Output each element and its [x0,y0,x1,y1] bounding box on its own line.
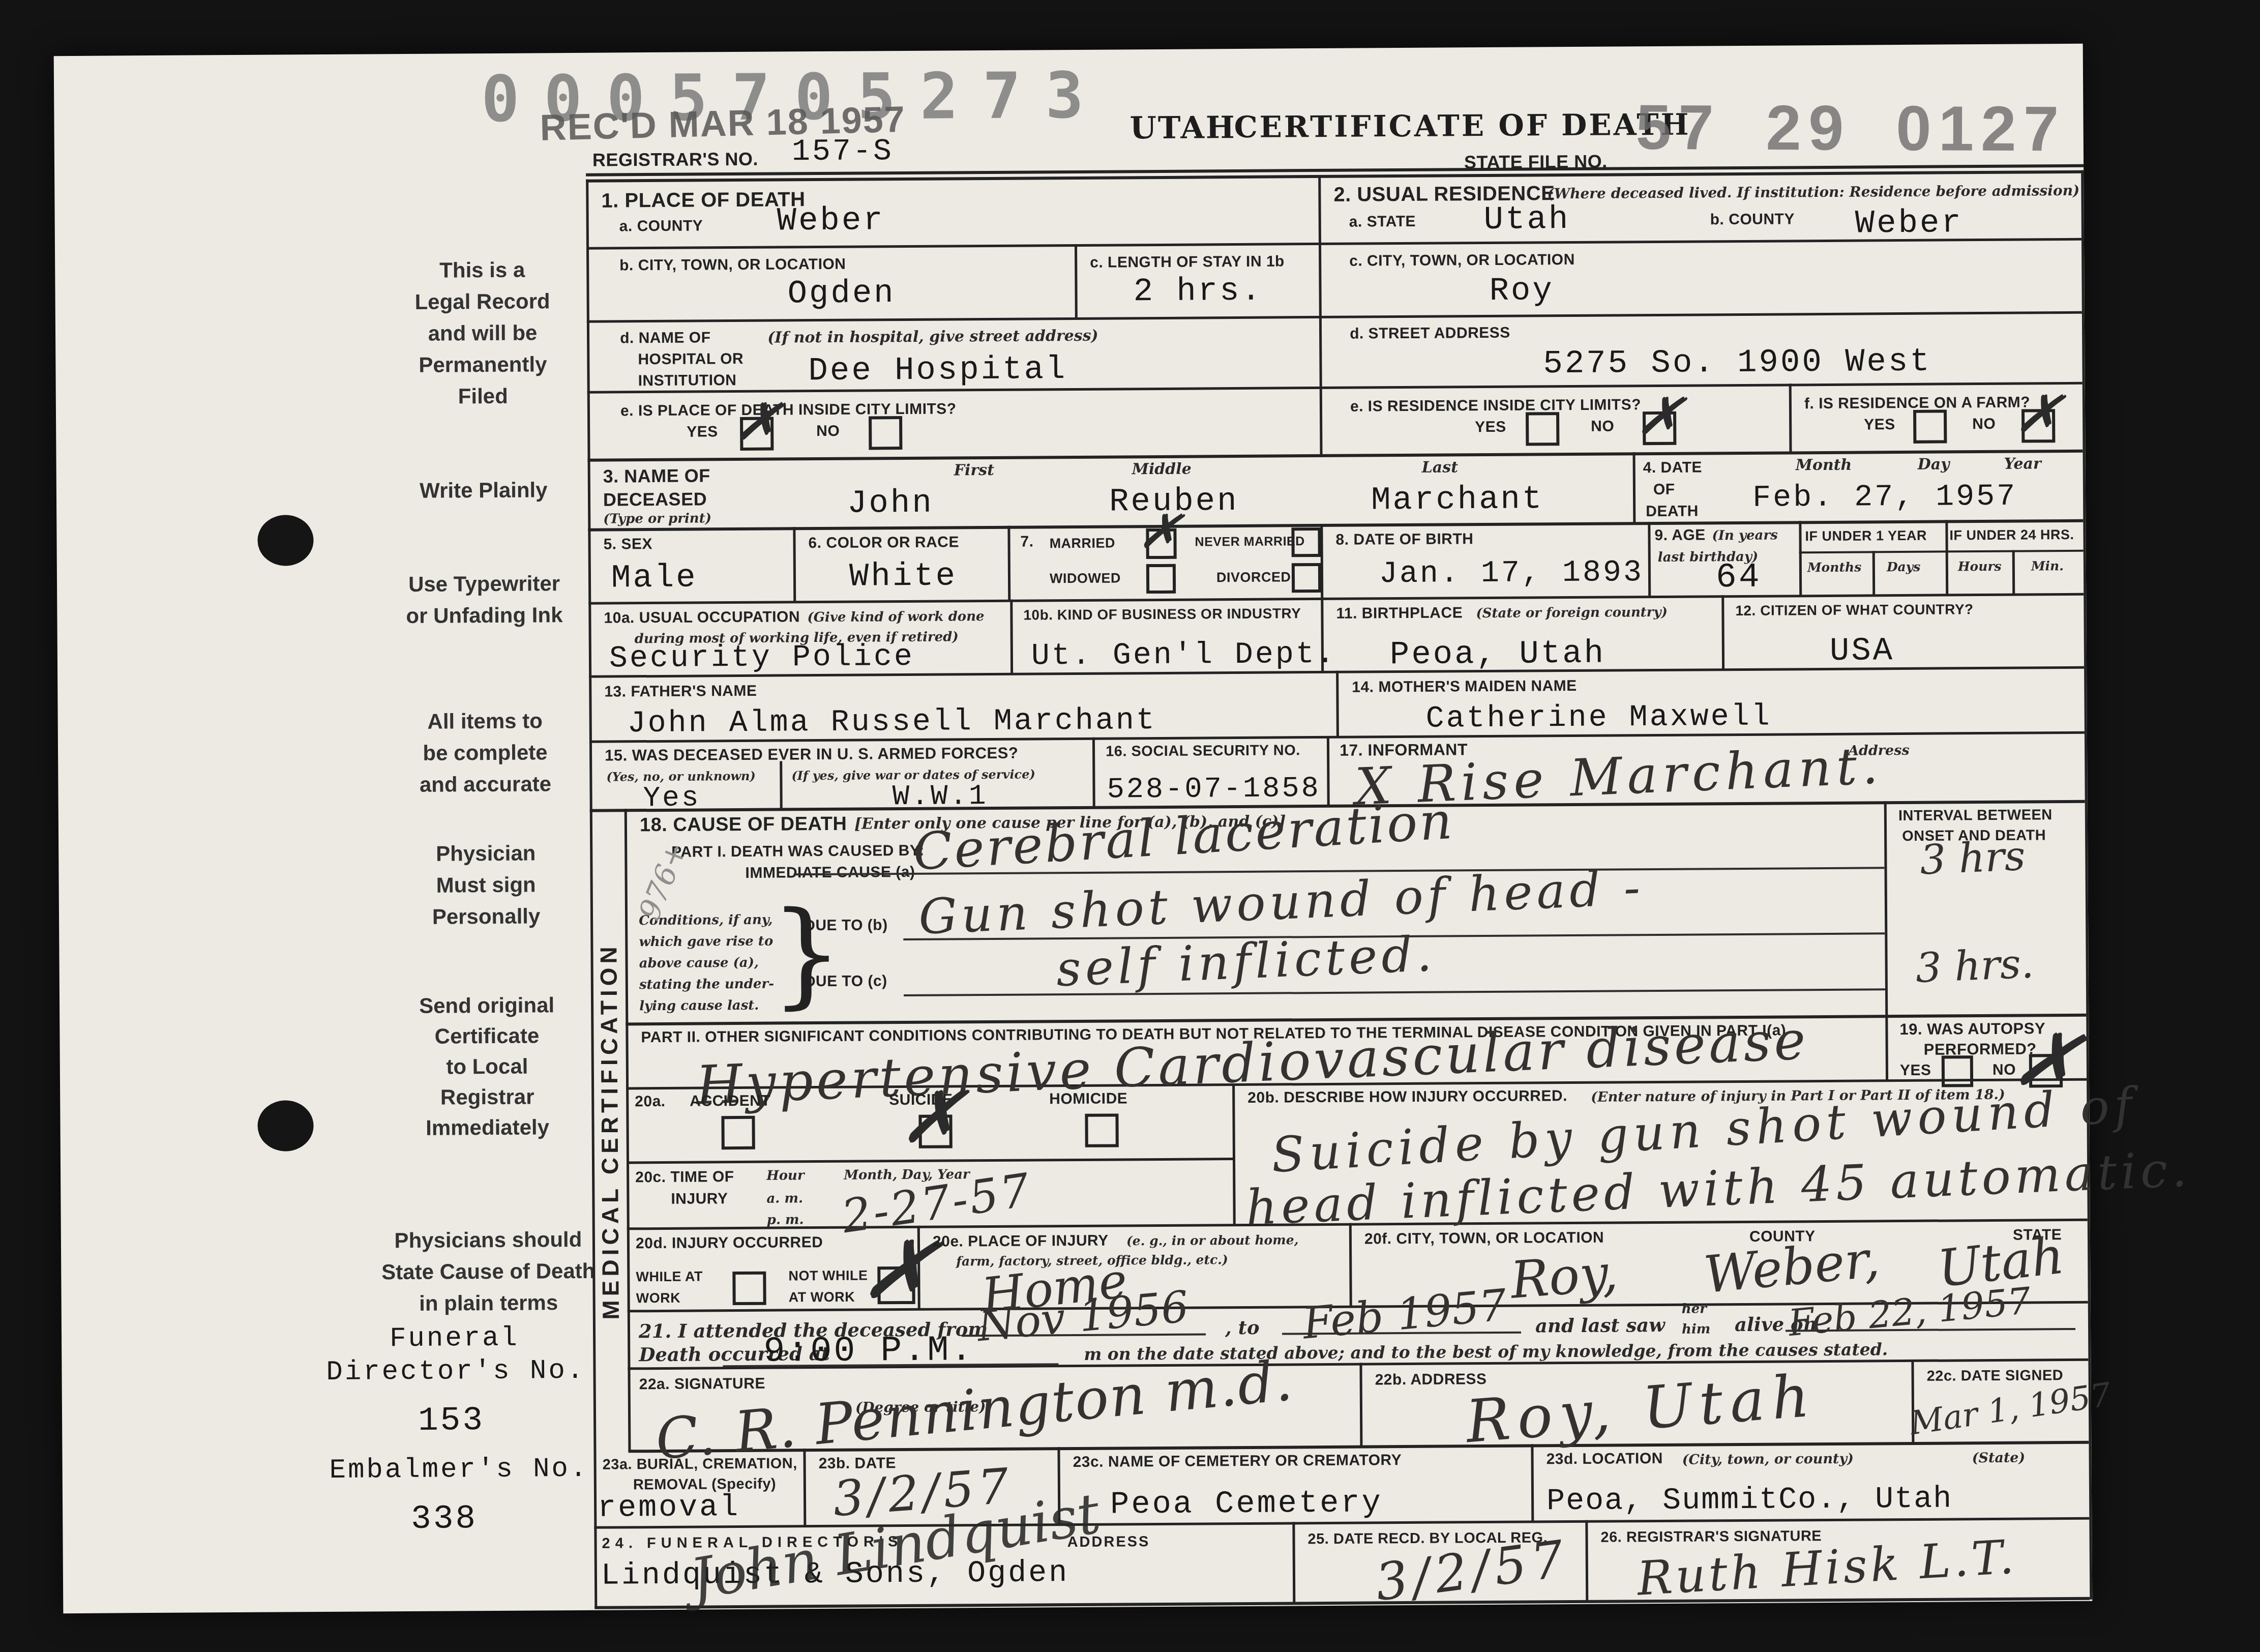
rule [1327,736,1330,806]
scanned-death-certificate: This is a Legal Record and will be Perma… [0,0,2260,1652]
rule [588,450,2083,462]
age-hint-1: (In years [1712,528,1777,544]
check-x-mark: ✗ [1634,386,1686,447]
physician-address-value: Roy, Utah [1464,1367,1819,1452]
margin-line: to Local [355,1050,619,1082]
county-of-death-label: a. COUNTY [619,217,703,235]
yes-label: YES [687,423,718,441]
margin-line: Immediately [355,1111,619,1143]
rule [1075,244,1078,319]
rule [594,1597,2090,1609]
due-to-c-label: DUE TO (c) [805,972,887,990]
rule [626,1014,2086,1026]
death-city-limits-no-checkbox [869,416,902,450]
length-of-stay-value: 2 hrs. [1133,275,1263,309]
business-industry-label: 10b. KIND OF BUSINESS OR INDUSTRY [1023,605,1301,624]
margin-line: Physicians should [346,1223,631,1256]
injury-county-value: Weber, [1702,1233,1881,1301]
widowed-label: WIDOWED [1050,570,1121,586]
margin-line: State Cause of Death [346,1255,631,1288]
accident-label: ACCIDENT [690,1093,770,1110]
margin-line: and will be [350,316,615,349]
certificate-title: CERTIFICATE OF DEATH [1234,107,1690,144]
accident-checkbox [721,1116,755,1149]
rule [1884,801,1888,1081]
days-label: Days [1887,559,1921,575]
rule [2012,550,2015,595]
armed-forces-label: 15. WAS DECEASED EVER IN U. S. ARMED FOR… [605,744,1018,765]
mothers-maiden-name-label: 14. MOTHER'S MAIDEN NAME [1352,677,1577,696]
interval-c-value: 3 hrs. [1915,943,2035,988]
margin-line: Certificate [354,1020,619,1052]
last-name-value: Marchant [1371,483,1544,517]
rule [1359,1363,1362,1447]
street-address-label: d. STREET ADDRESS [1350,324,1510,343]
margin-note-write-plainly: Write Plainly [351,474,616,507]
cemetery-label: 23c. NAME OF CEMETERY OR CREMATORY [1073,1452,1402,1471]
embalmers-no-label: Embalmer's No. [330,1456,589,1485]
conditions-line: lying cause last. [639,998,759,1015]
cause-of-death-title: 18. CAUSE OF DEATH [640,813,847,837]
physician-address-label: 22b. ADDRESS [1375,1371,1487,1389]
injury-city-label: 20f. CITY, TOWN, OR LOCATION [1364,1229,1604,1248]
residence-farm-yes-checkbox [1913,409,1947,443]
rule [793,527,796,602]
check-x-mark: ✗ [856,1221,942,1319]
sex-label: 5. SEX [603,536,652,553]
rule [1092,737,1095,808]
attended-statement-3: and last saw [1535,1314,1665,1337]
age-value: 64 [1716,560,1762,596]
rule [1872,551,1876,596]
months-label: Months [1807,560,1862,576]
margin-line: All items to [353,704,617,737]
conditions-brace: } [770,897,844,1012]
residence-city-value: Roy [1489,275,1554,308]
birthplace-label: 11. BIRTHPLACE [1336,604,1463,623]
hour-label: Hour [766,1168,805,1184]
margin-line: This is a [350,253,614,286]
yes-label: YES [1475,419,1506,436]
margin-line: Use Typewriter [352,567,616,600]
first-name-label: First [954,461,994,480]
year-label: Year [2004,455,2041,473]
usual-occupation-label: 10a. USUAL OCCUPATION [604,608,800,627]
margin-line: Permanently [350,348,615,381]
marital-status-number: 7. [1020,533,1033,551]
embalmers-no-value: 338 [411,1502,478,1536]
physician-signature-label: 22a. SIGNATURE [639,1375,765,1394]
death-inside-city-limits-label: e. IS PLACE OF DEATH INSIDE CITY LIMITS? [620,400,957,420]
margin-line: Personally [354,900,618,933]
date-signed-value: Mar 1, 1957 [1908,1378,2113,1440]
hospital-hint: (If not in hospital, give street address… [767,327,1098,347]
date-of-death-label-3: DEATH [1646,503,1699,520]
punch-hole [257,1100,314,1152]
attended-statement-2: , to [1225,1316,1260,1339]
check-x-mark: ✗ [1137,504,1184,559]
hospital-label-1: d. NAME OF [620,329,711,347]
rule [1010,600,1013,674]
first-name-value: John [847,487,934,520]
conditions-line: above cause (a), [639,955,759,972]
usual-occupation-hint-1: (Give kind of work done [807,609,984,626]
place-of-injury-hint-1: (e. g., in or about home, [1126,1232,1299,1249]
place-of-injury-label: 20e. PLACE OF INJURY [933,1232,1109,1251]
residence-county-label: b. COUNTY [1710,211,1795,229]
margin-line: be complete [353,736,617,769]
last-name-label: Last [1422,458,1458,477]
rule [1232,1083,1236,1225]
residence-city-label: c. CITY, TOWN, OR LOCATION [1349,251,1575,270]
state-file-no-stamp: 57 29 0127 [1635,91,2066,166]
never-married-checkbox [1291,527,1321,557]
married-label: MARRIED [1049,535,1115,551]
hospital-label-2: HOSPITAL OR [638,350,744,369]
cemetery-location-label: 23d. LOCATION [1546,1450,1663,1468]
rule [1799,521,1802,596]
injury-occurred-label: 20d. INJURY OCCURRED [636,1234,823,1253]
date-signed-label: 22c. DATE SIGNED [1927,1367,2064,1385]
color-or-race-label: 6. COLOR OR RACE [808,534,959,552]
age-label: 9. AGE [1654,526,1705,544]
sex-value: Male [611,562,698,595]
homicide-label: HOMICIDE [1049,1090,1127,1108]
residence-city-limits-label: e. IS RESIDENCE INSIDE CITY LIMITS? [1350,396,1641,416]
certificate-paper: This is a Legal Record and will be Perma… [54,44,2093,1613]
date-of-birth-label: 8. DATE OF BIRTH [1335,530,1473,549]
margin-line: and accurate [353,768,617,801]
cemetery-value: Peoa Cemetery [1110,1487,1383,1520]
funeral-directors-no-label: Funeral [390,1325,519,1353]
margin-note-plain-terms: Physicians should State Cause of Death i… [346,1223,631,1319]
margin-note-complete: All items to be complete and accurate [353,704,618,801]
check-x-mark: ✗ [898,1077,967,1158]
homicide-checkbox [1085,1113,1118,1147]
residence-county-value: Weber [1855,207,1963,240]
city-of-death-label: b. CITY, TOWN, OR LOCATION [619,256,846,275]
residence-city-limits-yes-checkbox [1526,412,1559,446]
usual-occupation-value: Security Police [609,642,914,674]
check-x-mark: ✗ [2013,383,2065,444]
due-to-c-value: self inflicted. [1055,930,1437,994]
fathers-name-value: John Alma Russell Marchant [628,705,1157,739]
rule [1292,1522,1295,1603]
date-of-death-label-1: 4. DATE [1643,459,1703,477]
if-under-24-hrs-label: IF UNDER 24 HRS. [1949,527,2074,544]
middle-name-label: Middle [1132,460,1192,479]
cemetery-location-value: Peoa, SummitCo., Utah [1547,1484,1952,1517]
cemetery-state-hint: (State) [1972,1450,2025,1467]
registrars-no-value: 157-S [792,136,894,167]
street-address-value: 5275 So. 1900 West [1543,346,1931,381]
am-label: a. m. [766,1191,803,1207]
county-of-death-value: Weber [777,204,885,238]
autopsy-yes-checkbox [1942,1055,1973,1087]
no-label: NO [1591,418,1614,435]
hospital-value: Dee Hospital [808,353,1067,388]
margin-line: Must sign [353,868,618,901]
while-at-work-checkbox [732,1272,766,1305]
social-security-label: 16. SOCIAL SECURITY NO. [1106,742,1300,760]
injury-city-value: Roy, [1509,1247,1619,1306]
while-at-work-label-2: WORK [636,1290,681,1307]
divorced-label: DIVORCED [1216,569,1291,585]
describe-injury-label: 20b. DESCRIBE HOW INJURY OCCURRED. [1247,1087,1567,1107]
due-to-b-value: Gun shot wound of head - [918,864,1645,941]
month-label: Month [1796,456,1852,475]
business-industry-value: Ut. Gen'l Dept. [1031,639,1336,672]
funeral-directors-no-label2: Director's No. [326,1358,585,1386]
manner-number: 20a. [635,1093,666,1111]
margin-line: or Unfading Ink [352,599,616,632]
rule [1721,595,1724,670]
burial-removal-label-1: 23a. BURIAL, CREMATION, [603,1455,797,1473]
no-label: NO [816,423,840,440]
conditions-line: stating the under- [639,977,774,993]
divorced-checkbox [1292,563,1321,593]
length-of-stay-label: c. LENGTH OF STAY IN 1b [1090,253,1285,272]
funeral-directors-no-value: 153 [418,1404,485,1438]
pencil-margin-note: 976+ [634,838,692,924]
city-of-death-value: Ogden [787,277,895,310]
due-to-b-label: DUE TO (b) [804,917,888,935]
burial-removal-value: removal [598,1492,740,1524]
rule [1336,671,1339,737]
time-of-injury-label-2: INJURY [671,1190,728,1208]
residence-state-value: Utah [1484,203,1570,237]
margin-note-send-original: Send original Certificate to Local Regis… [354,989,620,1143]
rule [1585,1520,1588,1602]
name-of-deceased-label-1: 3. NAME OF [603,465,710,487]
margin-line: Registrar [355,1081,619,1113]
color-or-race-value: White [849,560,957,593]
pm-label: p. m. [767,1212,804,1228]
residence-state-label: a. STATE [1349,213,1416,231]
certificate-title-state: UTAH [1129,110,1236,146]
rule [1799,550,2084,553]
birthplace-hint: (State or foreign country) [1476,605,1668,622]
attended-to-value: Feb 1957 [1301,1283,1509,1345]
rule [1945,520,1948,595]
margin-line: in plain terms [346,1286,631,1319]
time-of-injury-label-1: 20c. TIME OF [635,1168,734,1187]
name-of-deceased-label-2: DECEASED [603,488,707,510]
margin-line: Send original [354,989,619,1021]
min-label: Min. [2031,558,2064,574]
margin-note-physician-sign: Physician Must sign Personally [353,837,618,933]
no-label: NO [1972,416,1996,433]
rule [587,311,2082,323]
fathers-name-label: 13. FATHER'S NAME [604,683,757,701]
her-label: her [1682,1301,1707,1317]
rule [803,1449,806,1526]
interval-a-value: 3 hrs [1919,836,2026,880]
armed-forces-value: Yes [643,783,700,812]
date-of-death-label-2: OF [1653,481,1675,499]
war-service-value: W.W.1 [892,782,988,811]
rule [1007,526,1010,601]
margin-line: Filed [351,379,615,412]
margin-note-typewriter: Use Typewriter or Unfading Ink [352,567,617,632]
citizen-label: 12. CITIZEN OF WHAT COUNTRY? [1735,601,1973,619]
never-married-label: NEVER MARRIED [1195,534,1304,549]
margin-line: Legal Record [350,285,614,318]
hospital-label-3: INSTITUTION [638,372,737,390]
rule [780,761,783,809]
punch-hole [257,515,314,566]
rule [1648,522,1651,597]
rule [904,988,1885,996]
while-at-work-label-1: WHILE AT [636,1268,703,1285]
him-label: him [1682,1321,1710,1338]
name-of-deceased-hint: (Type or print) [603,511,711,527]
yes-label: YES [1900,1062,1931,1080]
check-x-mark: ✗ [732,391,785,452]
widowed-checkbox [1146,564,1176,594]
date-of-birth-value: Jan. 17, 1893 [1379,557,1644,589]
part1-label: PART I. DEATH WAS CAUSED BY: [671,842,925,862]
day-label: Day [1918,455,1950,474]
yes-label: YES [1864,416,1895,434]
not-while-at-work-label-2: AT WORK [789,1289,855,1306]
birthplace-value: Peoa, Utah [1390,638,1605,672]
interval-label-1: INTERVAL BETWEEN [1898,807,2053,824]
rule [1633,452,1636,523]
citizen-value: USA [1830,635,1895,668]
if-under-1-year-label: IF UNDER 1 YEAR [1805,528,1927,545]
margin-note-legal-record: This is a Legal Record and will be Perma… [350,253,615,412]
margin-line: Physician [353,837,618,870]
place-of-death-title: 1. PLACE OF DEATH [601,188,805,212]
registrars-no-label: REGISTRAR'S NO. [592,149,758,170]
rule [1531,1444,1534,1522]
date-of-death-value: Feb. 27, 1957 [1752,482,2017,514]
conditions-line: which gave rise to [639,934,773,951]
hours-label: Hours [1958,559,2002,575]
medical-certification-vertical-label: MEDICAL CERTIFICATION [591,815,628,1446]
usual-residence-hint: (Where deceased lived. If institution: R… [1547,182,2079,202]
cemetery-location-hint: (City, town, or county) [1682,1451,1854,1468]
not-while-at-work-label-1: NOT WHILE [788,1267,868,1284]
mothers-maiden-name-value: Catherine Maxwell [1426,702,1772,734]
rule [1789,383,1792,453]
